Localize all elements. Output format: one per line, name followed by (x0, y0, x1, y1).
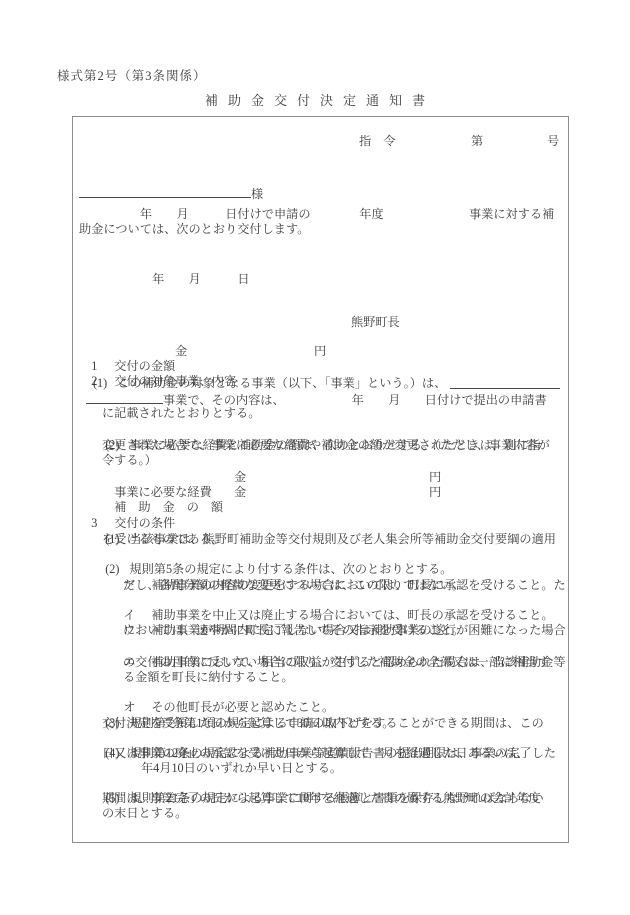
clause-3-3-line-2: 交付決定を受領した日から起算して30日以内とする。 (73, 716, 568, 731)
business-name-blank-field (86, 391, 163, 404)
notice-box: 指 令 第 号 様 年 月 日付けで申請の 年度 事業に対する補 助金については… (72, 116, 569, 843)
date-line: 年 月 日 (73, 272, 568, 287)
directive-number-prefix: 第 (471, 134, 483, 149)
target-business-heading: 2交付の対象事業、内容 (73, 359, 568, 374)
required-cost-line: 事業に必要な経費 金 円 (73, 470, 568, 485)
directive-number-suffix: 号 (547, 134, 559, 149)
clause-2-2-line-1: (2)事業に必要な経費と補助金の額は、次のとおりとする。（ただし、事業内容が (73, 423, 568, 438)
conditions-heading: 3交付の条件 (73, 501, 568, 516)
item-a-line-1: ア補助事業の内容の変更をする場合においては、町長に承認を受けること。た (73, 563, 568, 578)
clause-3-4-line-1: (4)規則第12条の規定による補助事業等実績報告書の提出期限は、事業の完了した (73, 731, 568, 746)
clause-2-2-line-2: 変更された場合で、事業に必要な経費や補助金の額が変更されたときは、別に指 (73, 438, 568, 453)
grant-amount-line: 1交付の金額 金 円 (73, 344, 568, 359)
form-number: 様式第2号（第3条関係） (57, 66, 207, 84)
addressee-blank-field (79, 185, 251, 198)
yen-label: 円 (314, 344, 326, 359)
kin-label: 金 (234, 485, 246, 500)
item-e-line-1: エ補助事業において、相当の収益が生ずると認められた場合は、当該補助金等 (73, 640, 568, 655)
clause-2-1-line-1: (1)この補助金の対象となる事業（以下、「事業」という。）は、 (73, 376, 568, 391)
yen-label: 円 (429, 470, 441, 485)
kin-label: 金 (175, 344, 187, 359)
intro-line-1: 年 月 日付けで申請の 年度 事業に対する補 (73, 207, 568, 222)
kin-label: 金 (234, 470, 246, 485)
clause-2-2-line-3: 令する。） (73, 453, 568, 468)
yen-label: 円 (429, 485, 441, 500)
clause-text: 事業で、その内容は、 年 月 日付けで提出の申請書 (163, 393, 547, 407)
directive-label: 指 令 (359, 134, 396, 149)
item-e-line-3: る金額を町長に納付すること。 (73, 670, 568, 685)
item-i-line-1: イ補助事業を中止又は廃止する場合においては、町長の承認を受けること。 (73, 593, 568, 608)
addressee-line: 様 (73, 185, 568, 200)
clause-3-2-line-1: (2)規則第5条の規定により付する条件は、次のとおりとする。 (73, 547, 568, 562)
clause-3-4-line-3: 年4月10日のいずれか早い日とする。 (73, 761, 568, 776)
clause-3-1-line-2: を受けるものである。 (73, 532, 568, 547)
item-u-line-1: ウ補助事業が期間内に完了しない場合又は補助事業の遂行が困難になった場合 (73, 608, 568, 623)
item-o-line-1: オその他町長が必要と認めたこと。 (73, 685, 568, 700)
intro-line-2: 助金については、次のとおり交付します。 (73, 222, 568, 237)
clause-3-3-line-1: (3)規則第7条第1項の規定による申請の取下げをすることができる期間は、この (73, 701, 568, 716)
item-a-line-2: だし、各配分額の軽微な変更については、この限りではない。 (73, 578, 568, 593)
item-e-line-2: の交付の目的に反しない場合に限り、交付した補助金の全部又は一部に相当す (73, 655, 568, 670)
clause-2-1-line-2: 事業で、その内容は、 年 月 日付けで提出の申請書 (73, 391, 568, 406)
document-title: 補助金交付決定通知書 (0, 90, 630, 109)
clause-number: (1) (93, 376, 107, 391)
clause-2-1-line-3: に記載されたとおりとする。 (73, 406, 568, 421)
clause-3-5-line-3: の末日とする。 (73, 806, 568, 821)
addressee-suffix: 様 (251, 187, 263, 201)
clause-3-4-line-2: 日又は事業の廃止の承認を受けた日から起算して一月を経過した日あるいは、 (73, 746, 568, 761)
clause-3-5-line-1: (5)規則第21条の規定による事業に関する帳簿と書類を保存しなければならない (73, 776, 568, 791)
mayor-line: 熊野町長 (73, 315, 568, 330)
item-u-line-2: においては、速やかに町長に報告してその指示を受けること。 (73, 623, 568, 638)
clause-text: この補助金の対象となる事業（以下、「事業」という。）は、 (117, 376, 446, 391)
subsidy-amount-line: 補助金の額 金 円 (73, 485, 568, 500)
clause-3-1-line-1: (1)当該事業は、熊野町補助金等交付規則及び老人集会所等補助金交付要綱の適用 (73, 517, 568, 532)
business-name-blank-field (450, 376, 560, 389)
clause-3-5-line-2: 期間は、事業完了の日から起算して10年を経過した日の属する熊野町の会計年度 (73, 791, 568, 806)
directive-line: 指 令 第 号 (73, 134, 568, 149)
